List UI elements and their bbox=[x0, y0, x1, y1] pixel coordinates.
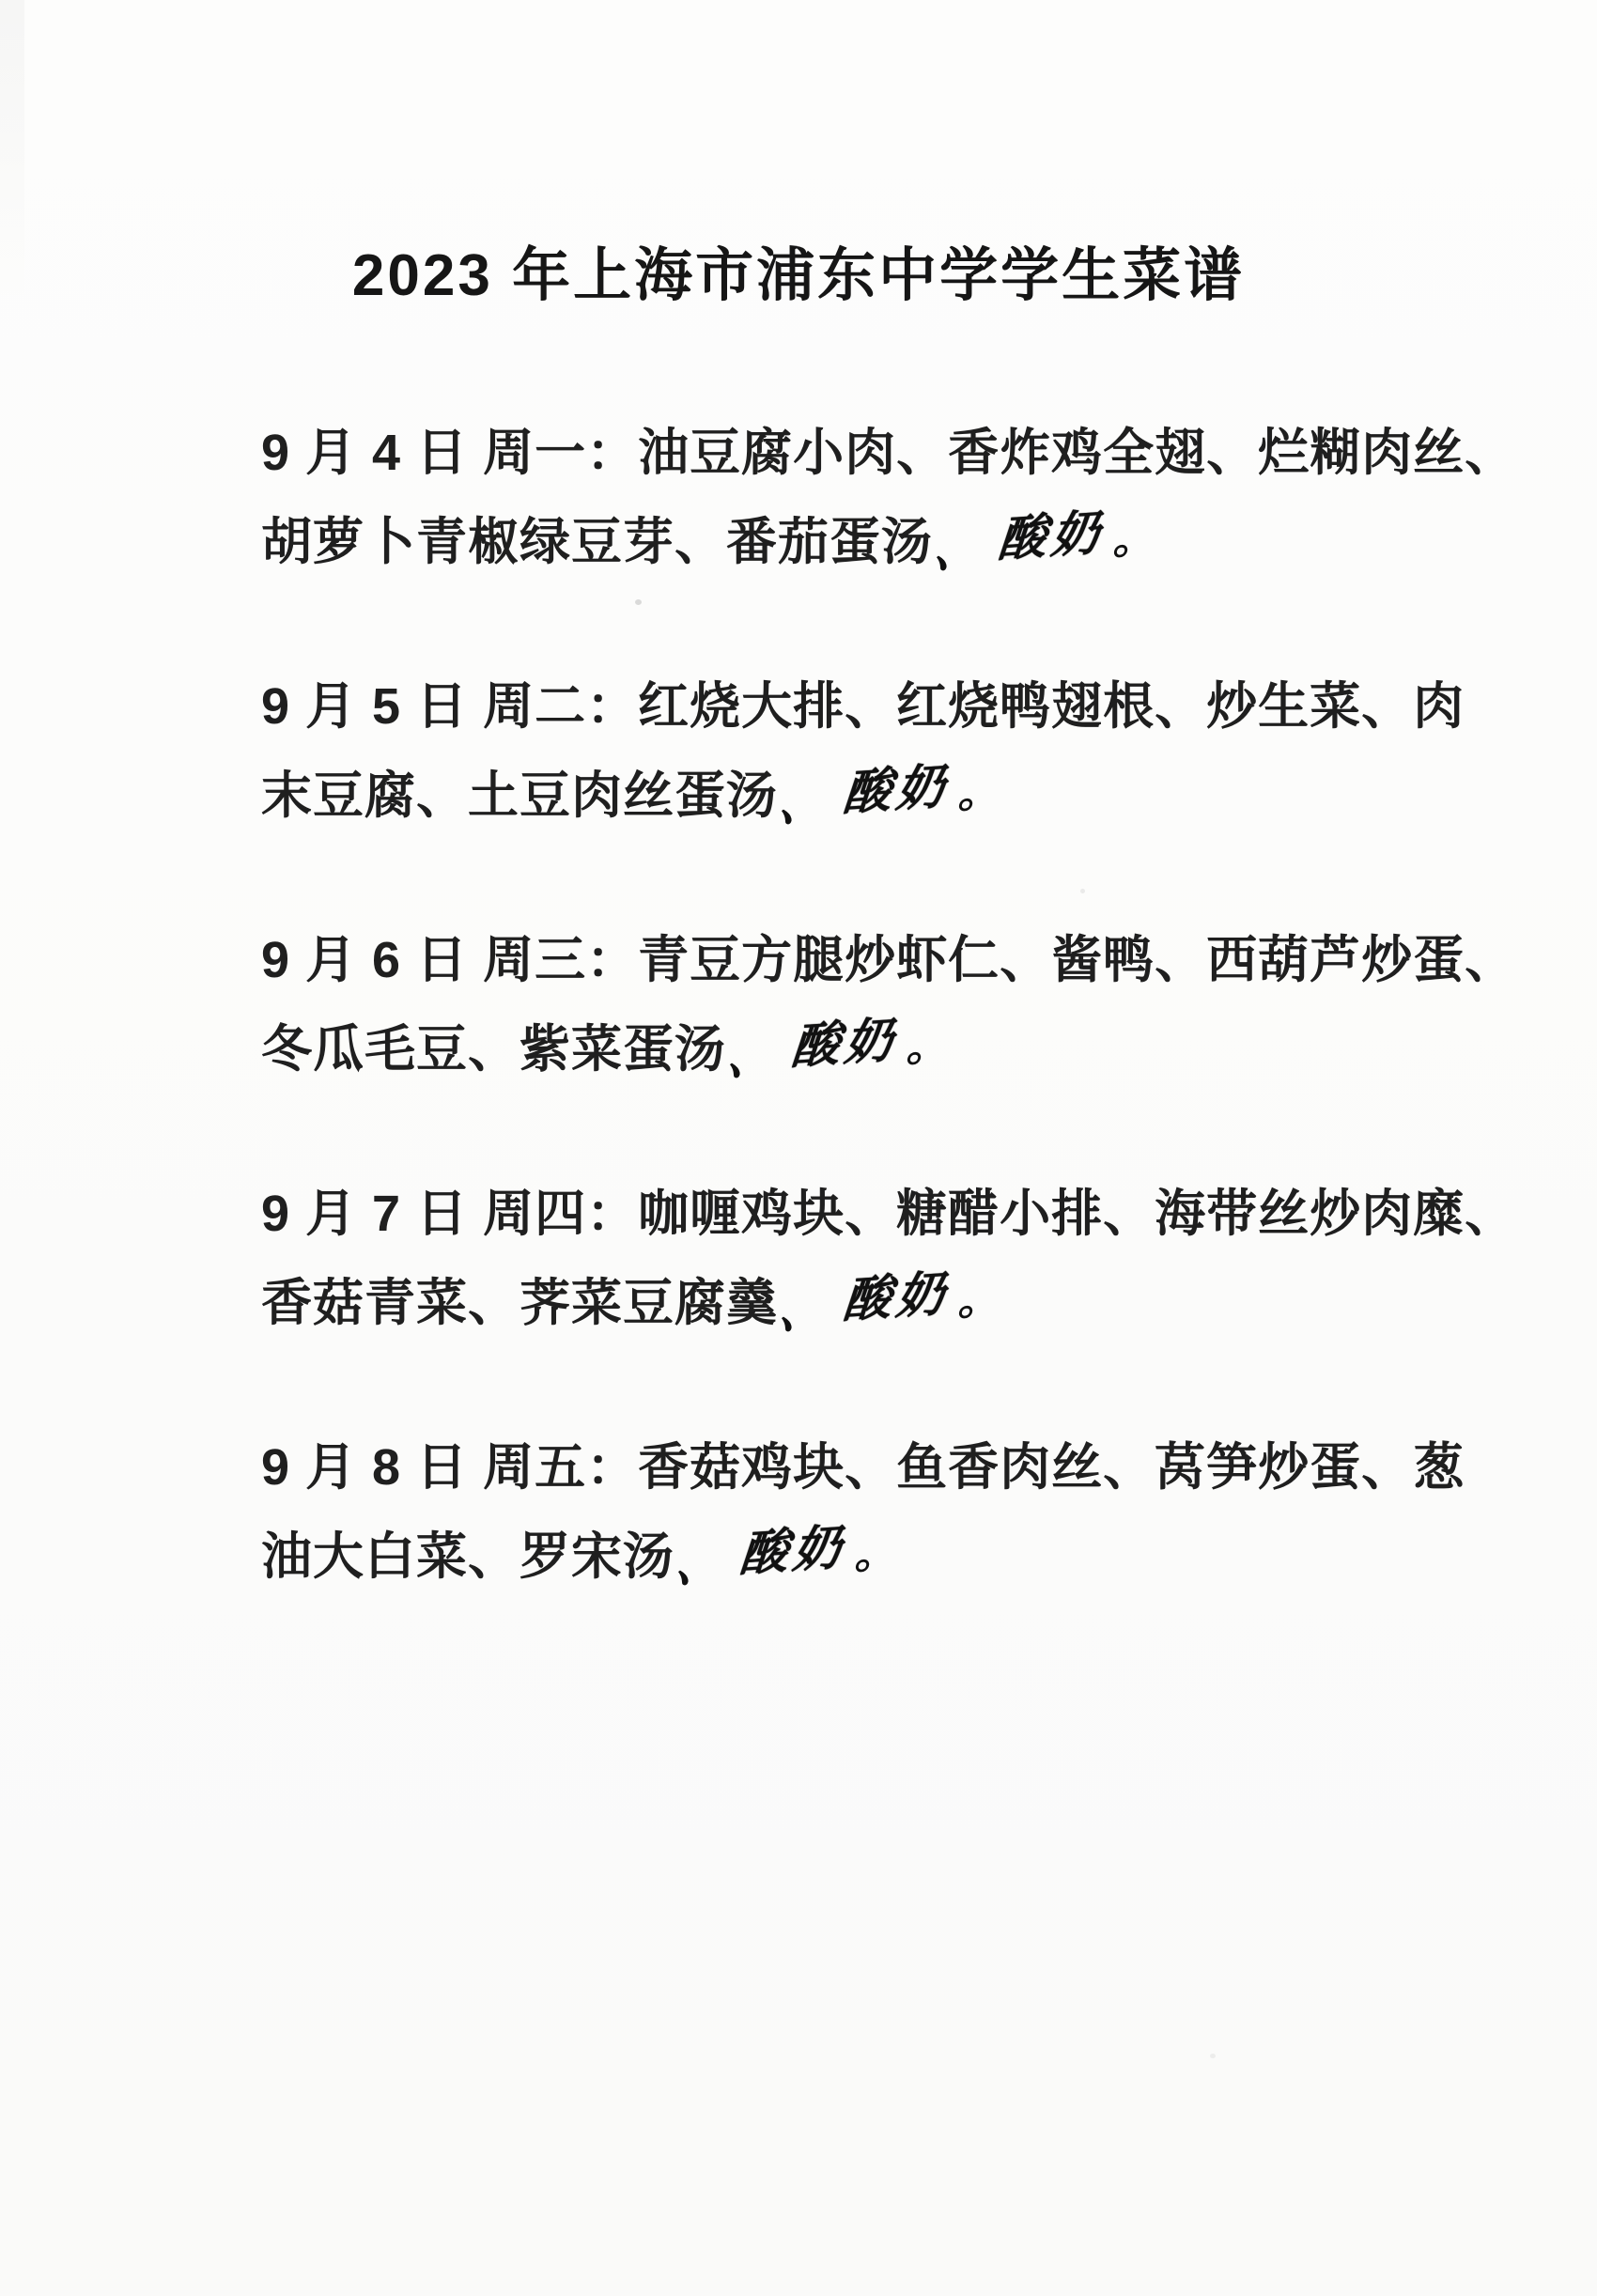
handwritten-period: 。 bbox=[853, 1510, 900, 1601]
menu-line: 9 月 8 日 周五：香菇鸡块、鱼香肉丝、莴笋炒蛋、葱 bbox=[261, 1423, 1445, 1513]
menu-line: 9 月 4 日 周一：油豆腐小肉、香炸鸡全翅、烂糊肉丝、 bbox=[261, 409, 1445, 498]
handwritten-period: 。 bbox=[956, 1256, 1003, 1347]
menu-day-entry-wednesday: 9 月 6 日 周三：青豆方腿炒虾仁、酱鸭、西葫芦炒蛋、 冬瓜毛豆、紫菜蛋汤、酸… bbox=[261, 916, 1445, 1097]
menu-line: 9 月 7 日 周四：咖喱鸡块、糖醋小排、海带丝炒肉糜、 bbox=[261, 1170, 1445, 1259]
scan-speck bbox=[635, 599, 642, 605]
handwritten-period: 。 bbox=[905, 1002, 952, 1094]
handwritten-yogurt-note: 酸奶 bbox=[736, 1502, 849, 1600]
handwritten-comma: 、 bbox=[772, 761, 838, 854]
handwritten-yogurt-note: 酸奶 bbox=[995, 488, 1108, 585]
menu-day-entry-friday: 9 月 8 日 周五：香菇鸡块、鱼香肉丝、莴笋炒蛋、葱 油大白菜、罗宋汤、酸奶。 bbox=[261, 1423, 1445, 1605]
menu-line: 香菇青菜、荠菜豆腐羹、酸奶。 bbox=[261, 1259, 1445, 1351]
handwritten-comma: 、 bbox=[772, 1268, 838, 1361]
handwritten-period: 。 bbox=[1111, 495, 1158, 586]
menu-line-text: 油大白菜、罗宋汤 bbox=[261, 1528, 674, 1585]
handwritten-yogurt-note: 酸奶 bbox=[788, 995, 901, 1093]
page-title: 2023 年上海市浦东中学学生菜谱 bbox=[0, 228, 1597, 312]
handwritten-period: 。 bbox=[956, 749, 1003, 840]
handwritten-comma: 、 bbox=[721, 1015, 786, 1108]
menu-line: 9 月 5 日 周二：红烧大排、红烧鸭翅根、炒生菜、肉 bbox=[261, 662, 1445, 752]
menu-day-entry-thursday: 9 月 7 日 周四：咖喱鸡块、糖醋小排、海带丝炒肉糜、 香菇青菜、荠菜豆腐羹、… bbox=[261, 1170, 1445, 1351]
menu-line: 冬瓜毛豆、紫菜蛋汤、酸奶。 bbox=[261, 1005, 1445, 1097]
menu-line: 胡萝卜青椒绿豆芽、番茄蛋汤、酸奶。 bbox=[261, 498, 1445, 590]
menu-line: 末豆腐、土豆肉丝蛋汤、酸奶。 bbox=[261, 752, 1445, 844]
menu-day-entry-monday: 9 月 4 日 周一：油豆腐小肉、香炸鸡全翅、烂糊肉丝、 胡萝卜青椒绿豆芽、番茄… bbox=[261, 409, 1445, 590]
scan-speck bbox=[1210, 2054, 1216, 2058]
menu-line: 油大白菜、罗宋汤、酸奶。 bbox=[261, 1513, 1445, 1605]
handwritten-yogurt-note: 酸奶 bbox=[840, 1249, 953, 1346]
menu-line-text: 冬瓜毛豆、紫菜蛋汤 bbox=[261, 1021, 726, 1078]
scanned-menu-page: 2023 年上海市浦东中学学生菜谱 9 月 4 日 周一：油豆腐小肉、香炸鸡全翅… bbox=[0, 0, 1597, 2296]
handwritten-comma: 、 bbox=[669, 1522, 735, 1615]
menu-line-text: 胡萝卜青椒绿豆芽、番茄蛋汤 bbox=[261, 514, 933, 570]
menu-line-text: 香菇青菜、荠菜豆腐羹 bbox=[261, 1275, 778, 1331]
menu-line: 9 月 6 日 周三：青豆方腿炒虾仁、酱鸭、西葫芦炒蛋、 bbox=[261, 916, 1445, 1005]
handwritten-comma: 、 bbox=[927, 507, 993, 600]
menu-day-entry-tuesday: 9 月 5 日 周二：红烧大排、红烧鸭翅根、炒生菜、肉 末豆腐、土豆肉丝蛋汤、酸… bbox=[261, 662, 1445, 844]
handwritten-yogurt-note: 酸奶 bbox=[840, 741, 953, 839]
menu-line-text: 末豆腐、土豆肉丝蛋汤 bbox=[261, 768, 778, 824]
scan-speck bbox=[1080, 889, 1085, 893]
